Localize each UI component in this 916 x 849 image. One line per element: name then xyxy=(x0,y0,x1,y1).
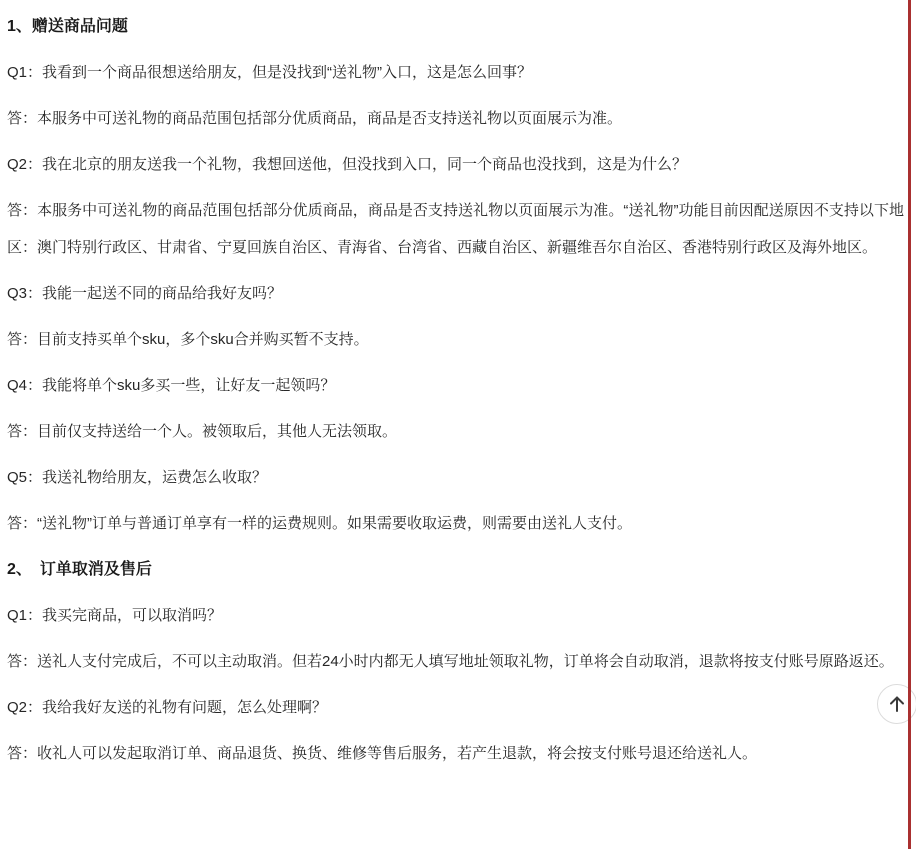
faq-answer: 答：目前支持买单个sku，多个sku合并购买暂不支持。 xyxy=(7,321,904,358)
section-heading-order-cancel-aftersales: 2、 订单取消及售后 xyxy=(7,551,904,588)
faq-answer: 答：本服务中可送礼物的商品范围包括部分优质商品，商品是否支持送礼物以页面展示为准… xyxy=(7,100,904,137)
faq-question: Q1：我买完商品，可以取消吗？ xyxy=(7,597,904,634)
scrollbar-thumb[interactable] xyxy=(908,0,911,849)
faq-question: Q2：我给我好友送的礼物有问题，怎么处理啊？ xyxy=(7,689,904,726)
section-heading-gift-products: 1、赠送商品问题 xyxy=(7,8,904,45)
faq-question: Q5：我送礼物给朋友，运费怎么收取？ xyxy=(7,459,904,496)
faq-question: Q4：我能将单个sku多买一些，让好友一起领吗？ xyxy=(7,367,904,404)
faq-question: Q2：我在北京的朋友送我一个礼物，我想回送他，但没找到入口，同一个商品也没找到，… xyxy=(7,146,904,183)
faq-answer: 答：目前仅支持送给一个人。被领取后，其他人无法领取。 xyxy=(7,413,904,450)
faq-answer: 答：“送礼物”订单与普通订单享有一样的运费规则。如果需要收取运费，则需要由送礼人… xyxy=(7,505,904,542)
faq-answer: 答：收礼人可以发起取消订单、商品退货、换货、维修等售后服务，若产生退款，将会按支… xyxy=(7,735,904,772)
faq-section-gift-products: 1、赠送商品问题 Q1：我看到一个商品很想送给朋友，但是没找到“送礼物”入口，这… xyxy=(7,8,904,542)
faq-question: Q3：我能一起送不同的商品给我好友吗？ xyxy=(7,275,904,312)
up-arrow-icon xyxy=(886,693,908,715)
faq-section-order-cancel-aftersales: 2、 订单取消及售后 Q1：我买完商品，可以取消吗？ 答：送礼人支付完成后，不可… xyxy=(7,551,904,772)
faq-question: Q1：我看到一个商品很想送给朋友，但是没找到“送礼物”入口，这是怎么回事？ xyxy=(7,54,904,91)
faq-answer: 答：送礼人支付完成后，不可以主动取消。但若24小时内都无人填写地址领取礼物，订单… xyxy=(7,643,904,680)
faq-page: 1、赠送商品问题 Q1：我看到一个商品很想送给朋友，但是没找到“送礼物”入口，这… xyxy=(0,0,916,772)
faq-answer: 答：本服务中可送礼物的商品范围包括部分优质商品，商品是否支持送礼物以页面展示为准… xyxy=(7,192,904,266)
